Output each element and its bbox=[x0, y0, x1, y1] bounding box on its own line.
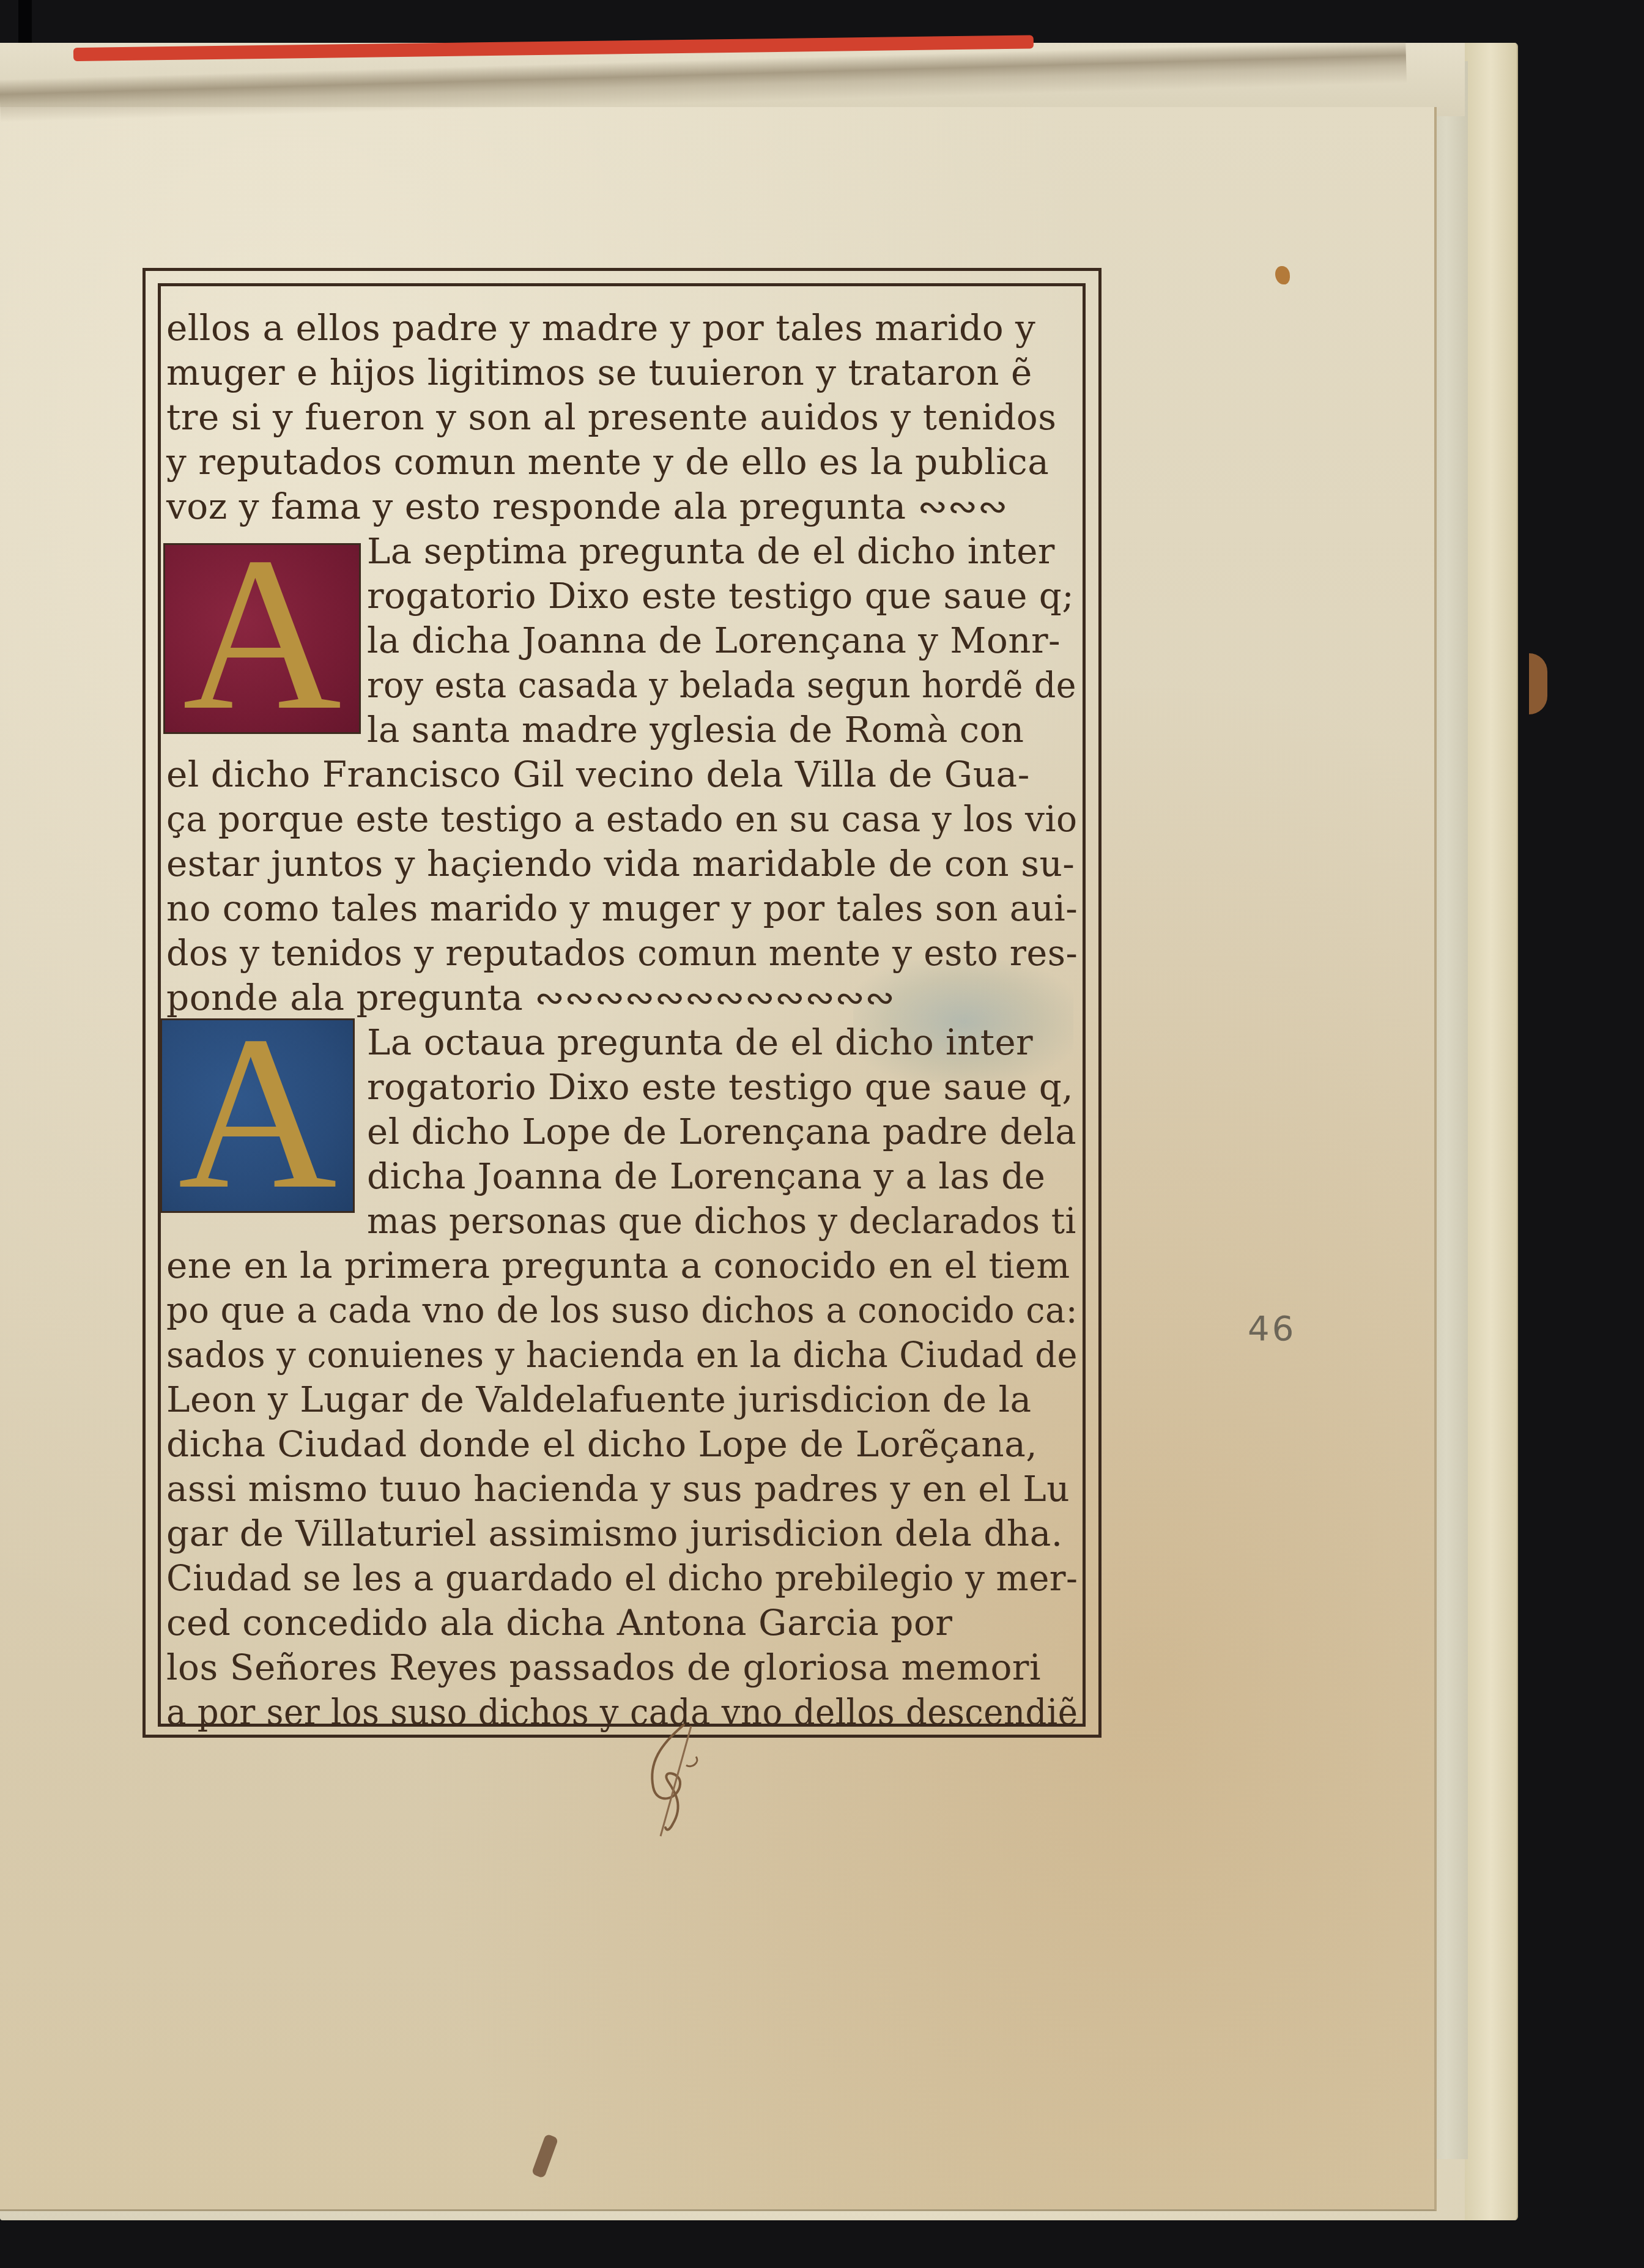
text-line: ça porque este testigo a estado en su ca… bbox=[166, 797, 1054, 842]
text-line: el dicho Francisco Gil vecino dela Villa… bbox=[166, 752, 1078, 797]
text-line-section-heading: La septima pregunta de el dicho inter bbox=[367, 529, 1076, 574]
text-line: ced concedido ala dicha Antona Garcia po… bbox=[166, 1601, 1078, 1645]
text-line: sados y conuienes y hacienda en la dicha… bbox=[166, 1333, 1042, 1377]
text-line: estar juntos y haçiendo vida maridable d… bbox=[166, 842, 1078, 886]
text-line: gar de Villaturiel assimismo jurisdicion… bbox=[166, 1511, 1078, 1556]
text-line: tre si y fueron y son al presente auidos… bbox=[166, 395, 1078, 440]
text-line: ene en la primera pregunta a conocido en… bbox=[166, 1243, 1078, 1288]
text-line: dicha Ciudad donde el dicho Lope de Lorẽ… bbox=[166, 1422, 1078, 1467]
folder-flap bbox=[1465, 43, 1518, 2220]
initial-letter: A bbox=[183, 543, 342, 732]
text-line: la santa madre yglesia de Romà con bbox=[367, 708, 1076, 752]
text-line: roy esta casada y belada segun hordẽ de bbox=[367, 663, 1046, 708]
text-line: Ciudad se les a guardado el dicho prebil… bbox=[166, 1556, 1046, 1601]
page-tab-marker bbox=[1529, 653, 1547, 714]
text-line: po que a cada vno de los suso dichos a c… bbox=[166, 1288, 1043, 1333]
illuminated-initial-blue: A bbox=[160, 1018, 355, 1213]
text-line: dicha Joanna de Lorençana y a las de bbox=[367, 1154, 1076, 1199]
text-line: dos y tenidos y reputados comun mente y … bbox=[166, 931, 1061, 976]
text-line: la dicha Joanna de Lorençana y Monr- bbox=[367, 618, 1076, 663]
text-line: rogatorio Dixo este testigo que saue q; bbox=[367, 574, 1076, 618]
text-line: y reputados comun mente y de ello es la … bbox=[166, 440, 1078, 484]
text-line-section-heading: La octaua pregunta de el dicho inter bbox=[367, 1020, 1076, 1065]
text-line: los Señores Reyes passados de gloriosa m… bbox=[166, 1645, 1078, 1690]
text-line: no como tales marido y muger y por tales… bbox=[166, 886, 1074, 931]
text-line: muger e hijos ligitimos se tuuieron y tr… bbox=[166, 350, 1078, 395]
text-line: assi mismo tuuo hacienda y sus padres y … bbox=[166, 1467, 1078, 1511]
text-line: el dicho Lope de Lorençana padre dela bbox=[367, 1110, 1076, 1154]
text-line: voz y fama y esto responde ala pregunta … bbox=[166, 484, 1078, 529]
text-line: ellos a ellos padre y madre y por tales … bbox=[166, 306, 1078, 350]
text-line: a por ser los suso dichos y cada vno del… bbox=[166, 1690, 1022, 1735]
text-line: ponde ala pregunta ∾∾∾∾∾∾∾∾∾∾∾∾ bbox=[166, 976, 1078, 1020]
initial-letter: A bbox=[178, 1018, 337, 1211]
text-line: mas personas que dichos y declarados ti bbox=[367, 1199, 1050, 1243]
illuminated-initial-red: A bbox=[163, 543, 361, 734]
notary-rubric-icon bbox=[636, 1720, 709, 1842]
folio-number: 46 bbox=[1248, 1309, 1296, 1349]
text-line: Leon y Lugar de Valdelafuente jurisdicio… bbox=[166, 1377, 1078, 1422]
text-line: rogatorio Dixo este testigo que saue q, bbox=[367, 1065, 1076, 1110]
stain-spot bbox=[1275, 266, 1290, 284]
